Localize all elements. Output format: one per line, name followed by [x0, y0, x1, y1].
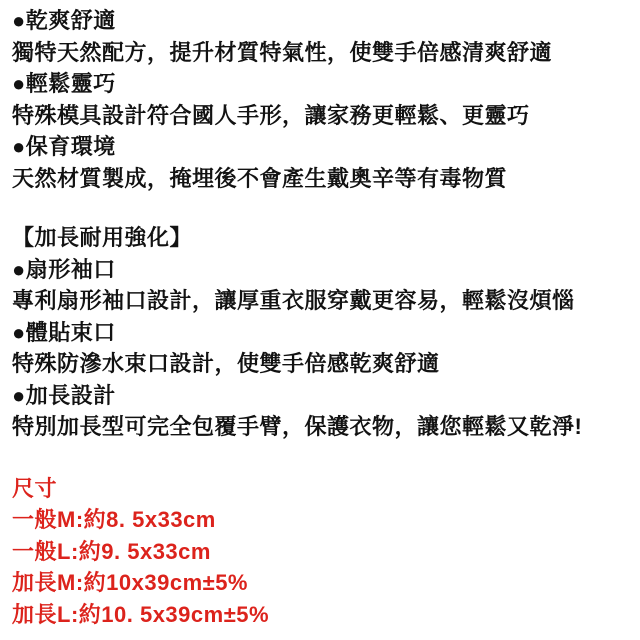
product-description-page: ●乾爽舒適 獨特天然配方，提升材質特氣性，使雙手倍感清爽舒適 ●輕鬆靈巧 特殊模…	[0, 0, 640, 640]
feature-desc: 特殊模具設計符合國人手形，讓家務更輕鬆、更靈巧	[12, 100, 630, 132]
feature-desc: 特殊防滲水束口設計，使雙手倍感乾爽舒適	[12, 348, 630, 380]
feature-title: ●加長設計	[12, 380, 630, 412]
feature-title: ●扇形袖口	[12, 254, 630, 286]
feature-title: ●輕鬆靈巧	[12, 68, 630, 100]
feature-title: ●乾爽舒適	[12, 5, 630, 37]
feature-desc: 獨特天然配方，提升材質特氣性，使雙手倍感清爽舒適	[12, 37, 630, 69]
size-row: 一般M:約8. 5x33cm	[12, 504, 630, 536]
size-section-heading: 尺寸	[12, 473, 630, 505]
features-section: ●乾爽舒適 獨特天然配方，提升材質特氣性，使雙手倍感清爽舒適 ●輕鬆靈巧 特殊模…	[12, 5, 630, 194]
feature-desc: 天然材質製成，掩埋後不會產生戴奧辛等有毒物質	[12, 163, 630, 195]
feature-desc: 特別加長型可完全包覆手臂，保護衣物，讓您輕鬆又乾淨!	[12, 411, 630, 443]
size-row: 一般L:約9. 5x33cm	[12, 536, 630, 568]
feature-title: ●保育環境	[12, 131, 630, 163]
extended-section-heading: 【加長耐用強化】	[12, 222, 630, 254]
feature-desc: 專利扇形袖口設計，讓厚重衣服穿戴更容易，輕鬆沒煩惱	[12, 285, 630, 317]
extended-features-section: 【加長耐用強化】 ●扇形袖口 專利扇形袖口設計，讓厚重衣服穿戴更容易，輕鬆沒煩惱…	[12, 222, 630, 443]
feature-title: ●體貼束口	[12, 317, 630, 349]
size-section: 尺寸 一般M:約8. 5x33cm 一般L:約9. 5x33cm 加長M:約10…	[12, 473, 630, 631]
size-row: 加長L:約10. 5x39cm±5%	[12, 599, 630, 631]
size-row: 加長M:約10x39cm±5%	[12, 567, 630, 599]
